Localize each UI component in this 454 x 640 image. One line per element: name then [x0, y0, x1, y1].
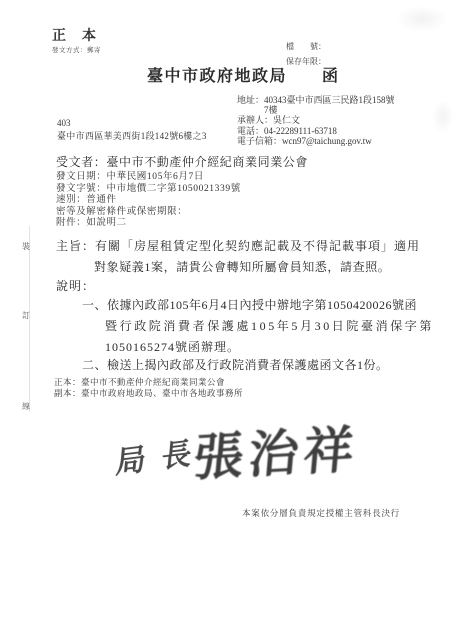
scan-smudge — [396, 6, 448, 32]
delivery-method-label: 發文方式：郵寄 — [52, 45, 101, 54]
subject-row: 主旨：有關「房屋租賃定型化契約應記載及不得記載事項」適用 — [56, 237, 420, 254]
distribution-copy: 副本：臺中市政府地政局、臺中市各地政事務所 — [54, 388, 243, 399]
item-1-line-1: 依據內政部105年6月4日內授中辦地字第1050420026號函 — [107, 298, 417, 312]
file-number-label: 檔 號： — [286, 41, 326, 52]
item-1-number: 一、 — [82, 298, 107, 312]
item-1-line-3: 1050165274號函辦理。 — [105, 338, 240, 355]
document-page: 正 本 發文方式：郵寄 檔 號： 保存年限： 臺中市政府地政局 函 地址：403… — [0, 0, 454, 640]
item-2-number: 二、 — [82, 358, 107, 372]
sender-address-line2: 7樓 — [237, 105, 395, 115]
sender-info-block: 地址：40343臺中市西區三民路1段158號 7樓 承辦人：吳仁文 電話：04-… — [237, 95, 395, 146]
distribution-original: 正本：臺中市不動產仲介經紀商業同業公會 — [54, 377, 243, 388]
sender-email: 電子信箱：wcn97@taichung.gov.tw — [237, 136, 395, 146]
item-2-line-1: 檢送上揭內政部及行政院消費者保護處函文各1份。 — [107, 358, 389, 372]
sender-contact: 承辦人：吳仁文 — [237, 115, 395, 125]
recipient-address: 臺中市西區華美西街1段142號6樓之3 — [57, 129, 207, 142]
copy-type-label: 正 本 — [52, 25, 97, 45]
security-class: 密等及解密條件或保密期限： — [56, 207, 241, 219]
issue-date: 發文日期：中華民國105年6月7日 — [56, 172, 241, 184]
document-title: 臺中市政府地政局 函 — [147, 63, 340, 86]
speed-class: 速別：普通件 — [56, 195, 241, 207]
subject-label: 主旨： — [56, 239, 95, 253]
binding-mark-xian: 線 — [22, 401, 30, 412]
scan-smudge — [432, 100, 454, 134]
explanation-item-2: 二、檢送上揭內政部及行政院消費者保護處函文各1份。 — [82, 356, 389, 373]
issue-number: 發文字號：中市地價二字第1050021339號 — [56, 184, 241, 196]
delegation-note: 本案依分層負責規定授權主管科長決行 — [242, 507, 400, 519]
item-1-line-2: 暨行政院消費者保護處105年5月30日院臺消保字第 — [105, 317, 434, 334]
attachment-note: 附件：如說明二 — [56, 218, 241, 230]
binding-mark-ding: 訂 — [22, 310, 30, 321]
signature-name: 張治祥 — [191, 409, 362, 490]
subject-line-2: 對象疑義1案，請貴公會轉知所屬會員知悉，請查照。 — [94, 258, 390, 275]
document-meta-block: 發文日期：中華民國105年6月7日 發文字號：中市地價二字第1050021339… — [56, 172, 241, 230]
explanation-item-1: 一、依據內政部105年6月4日內授中辦地字第1050420026號函 — [82, 296, 417, 313]
explanation-label: 說明： — [56, 277, 95, 294]
sender-address-line1: 地址：40343臺中市西區三民路1段158號 — [237, 95, 395, 105]
binding-mark-zhuang: 裝 — [22, 241, 30, 252]
recipient-zip: 403 — [57, 118, 71, 128]
recipient-line: 受文者：臺中市不動產仲介經紀商業同業公會 — [56, 153, 308, 170]
sender-phone: 電話：04-22289111-63718 — [237, 126, 395, 136]
subject-line-1: 有關「房屋租賃定型化契約應記載及不得記載事項」適用 — [95, 239, 420, 253]
distribution-block: 正本：臺中市不動產仲介經紀商業同業公會 副本：臺中市政府地政局、臺中市各地政事務… — [54, 377, 243, 399]
